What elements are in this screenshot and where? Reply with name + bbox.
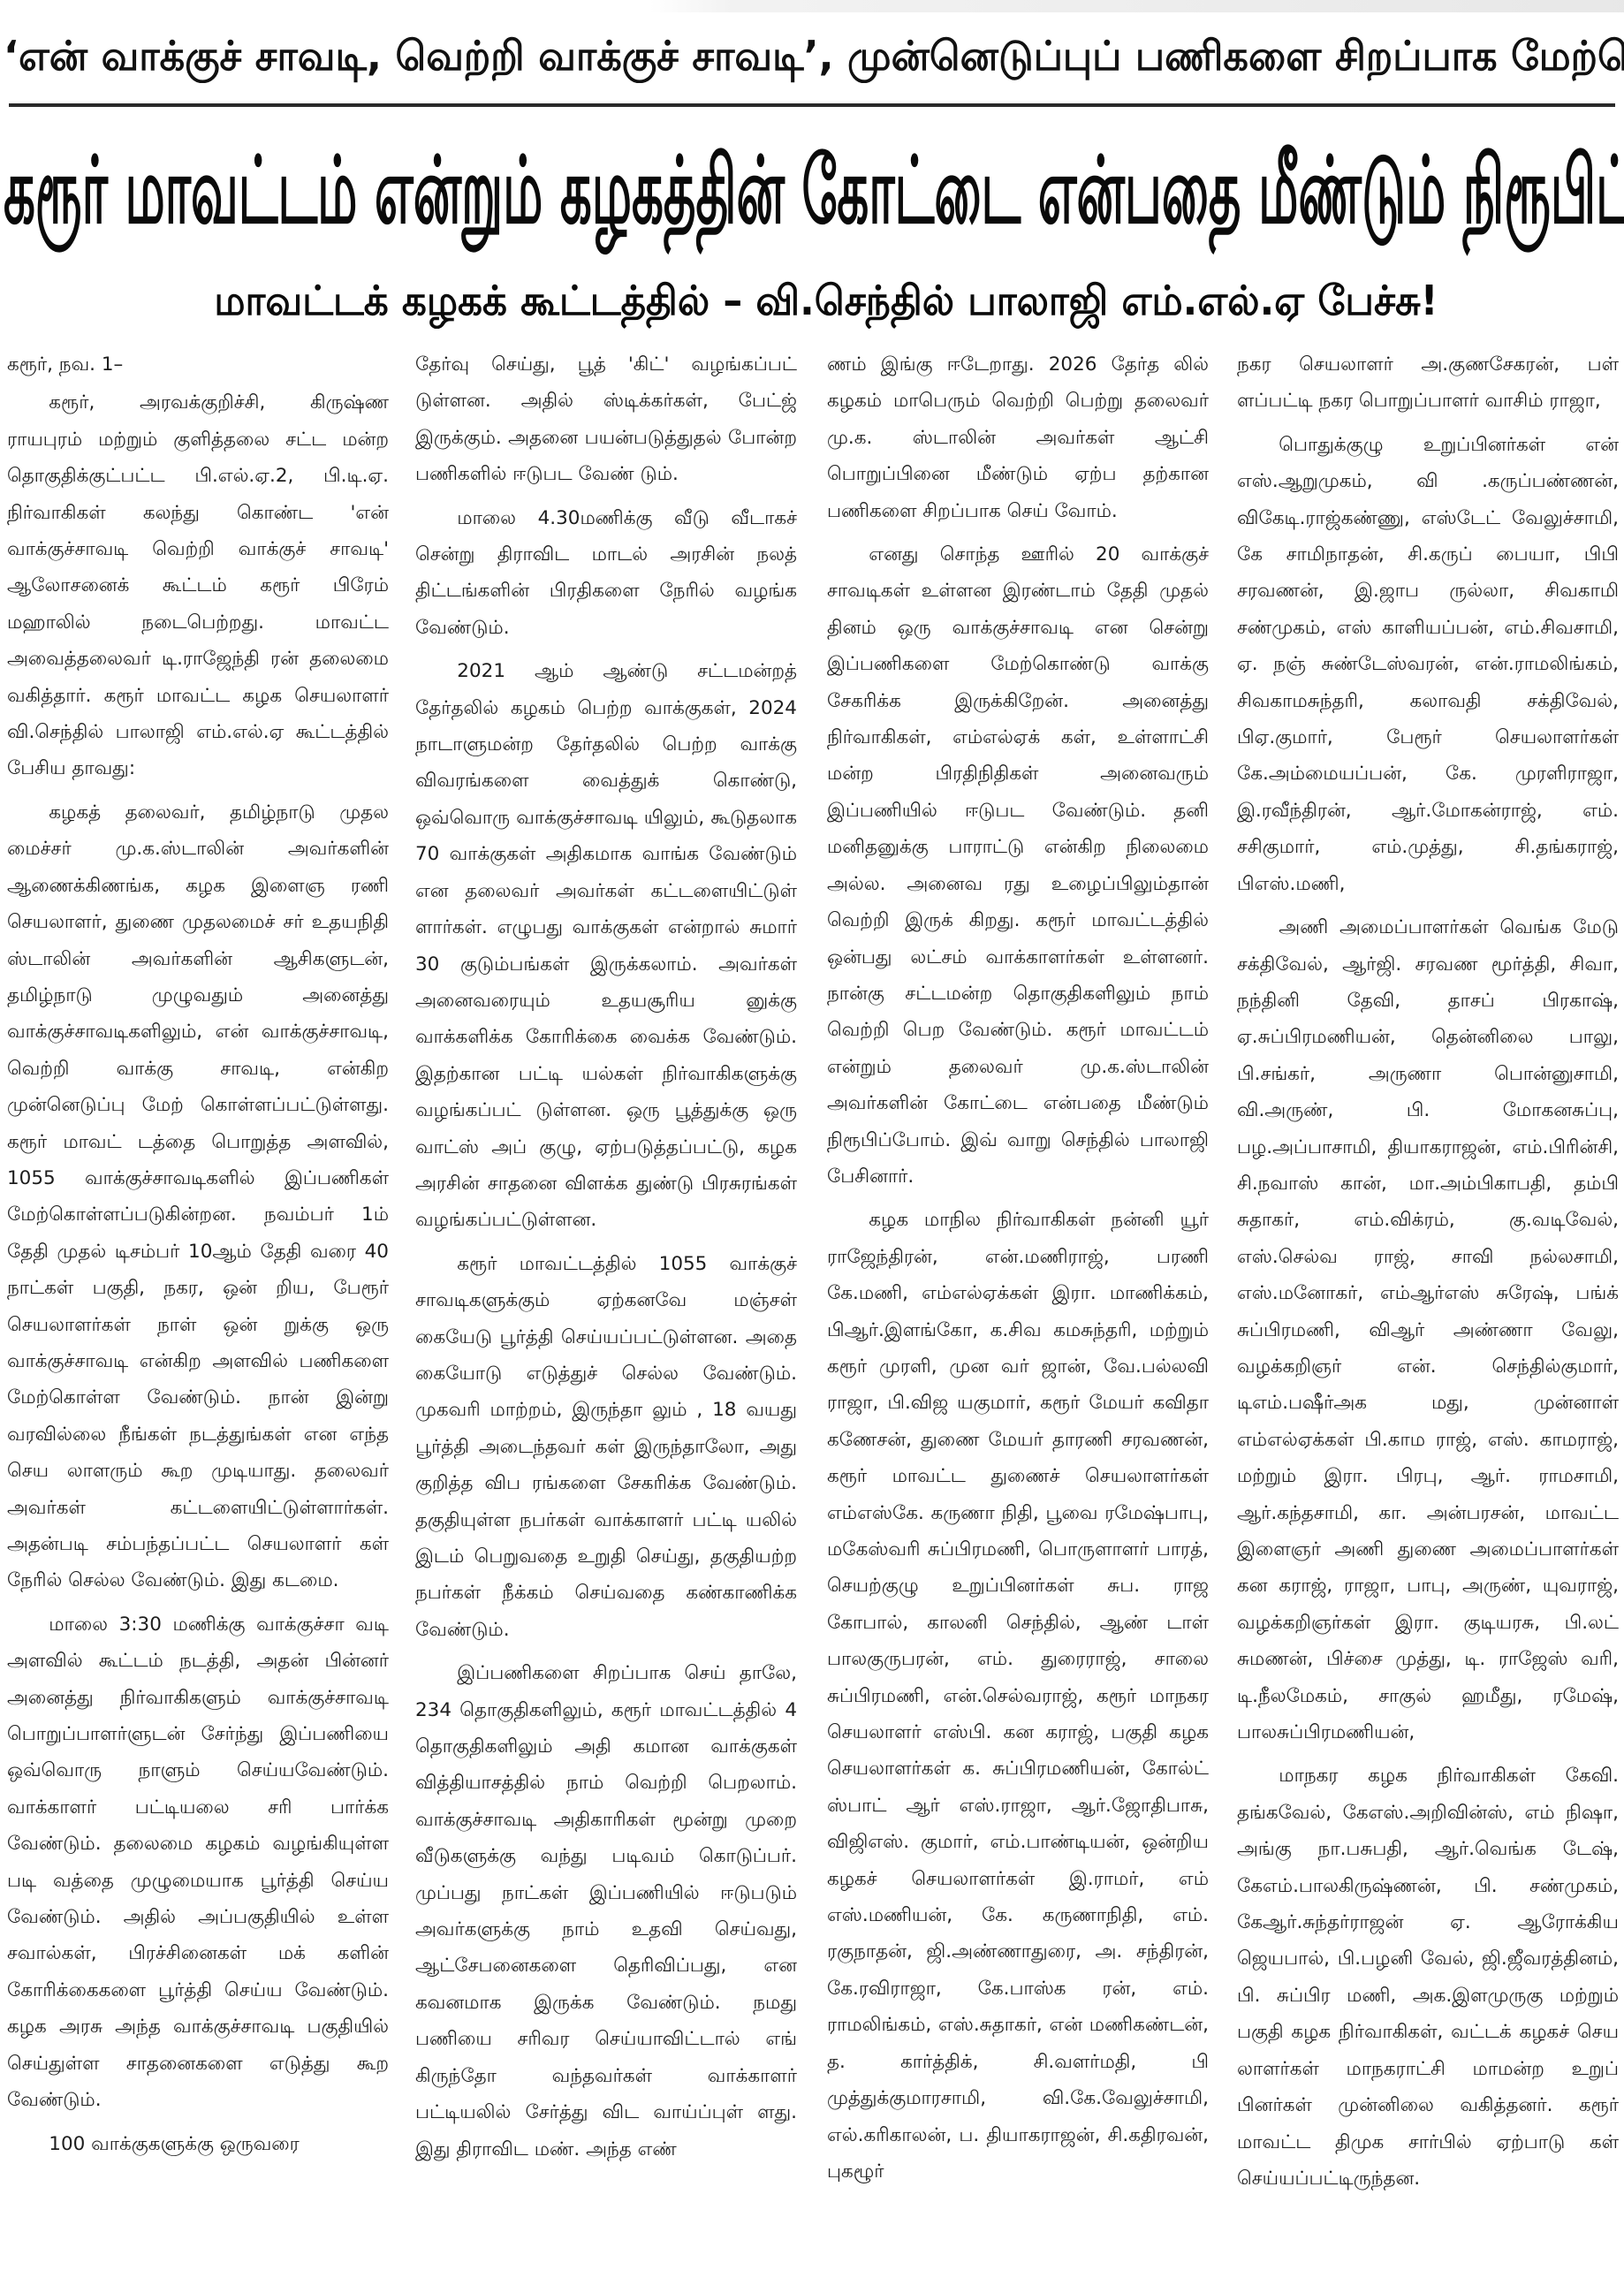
paragraph: 100 வாக்குகளுக்கு ஒருவரை	[7, 2126, 389, 2162]
paragraph: கழகத் தலைவர், தமிழ்நாடு முதல மைச்சர் மு.…	[7, 794, 389, 1599]
paragraph: கரூர் மாவட்டத்தில் 1055 வாக்குச் சாவடிகள…	[415, 1246, 797, 1648]
paragraph: இப்பணிகளை சிறப்பாக செய் தாலே, 234 தொகுதி…	[415, 1655, 797, 2168]
paragraph: கழக மாநில நிர்வாகிகள் நன்னி யூர் ராஜேந்த…	[827, 1202, 1209, 2190]
paragraph: எனது சொந்த ஊரில் 20 வாக்குச் சாவடிகள் உள…	[827, 536, 1209, 1195]
paragraph: பொதுக்குழு உறுப்பினர்கள் என் எஸ்.ஆறுமுகம…	[1237, 427, 1619, 902]
column-2: தேர்வு செய்து, பூத் 'கிட்' வழங்கப்பட் டு…	[415, 346, 797, 2278]
column-4: நகர செயலாளர் அ.குணசேகரன், பள் ளப்பட்டி ந…	[1237, 346, 1619, 2278]
dateline: கரூர், நவ. 1–	[7, 346, 389, 383]
previous-article-edge	[0, 0, 1624, 12]
paragraph: அணி அமைப்பாளர்கள் வெங்க மேடு சக்திவேல், …	[1237, 909, 1619, 1750]
sub-headline: மாவட்டக் கழகக் கூட்டத்தில் – வி.செந்தில்…	[75, 265, 1578, 336]
paragraph: மாலை 4.30மணிக்கு வீடு வீடாகச் சென்று திர…	[415, 500, 797, 647]
paragraph: கரூர், அரவக்குறிச்சி, கிருஷ்ண ராயபுரம் ம…	[7, 384, 389, 786]
column-1: கரூர், நவ. 1– கரூர், அரவக்குறிச்சி, கிரு…	[7, 346, 389, 2278]
kicker-line: ‘என் வாக்குச் சாவடி, வெற்றி வாக்குச் சாவ…	[4, 12, 1572, 99]
paragraph: மாலை 3:30 மணிக்கு வாக்குச்சா வடி அளவில் …	[7, 1606, 389, 2119]
paragraph: நகர செயலாளர் அ.குணசேகரன், பள் ளப்பட்டி ந…	[1237, 346, 1619, 420]
paragraph: மாநகர கழக நிர்வாகிகள் கேவி. தங்கவேல், கே…	[1237, 1758, 1619, 2197]
paragraph: தேர்வு செய்து, பூத் 'கிட்' வழங்கப்பட் டு…	[415, 346, 797, 493]
main-headline: கரூர் மாவட்டம் என்றும் கழகத்தின் கோட்டை …	[4, 87, 1264, 292]
paragraph: ணம் இங்கு ஈடேறாது. 2026 தேர்த லில் கழகம்…	[827, 346, 1209, 529]
paragraph: 2021 ஆம் ஆண்டு சட்டமன்றத் தேர்தலில் கழகம…	[415, 653, 797, 1239]
article-body: கரூர், நவ. 1– கரூர், அரவக்குறிச்சி, கிரு…	[0, 346, 1624, 2278]
column-3: ணம் இங்கு ஈடேறாது. 2026 தேர்த லில் கழகம்…	[827, 346, 1209, 2278]
